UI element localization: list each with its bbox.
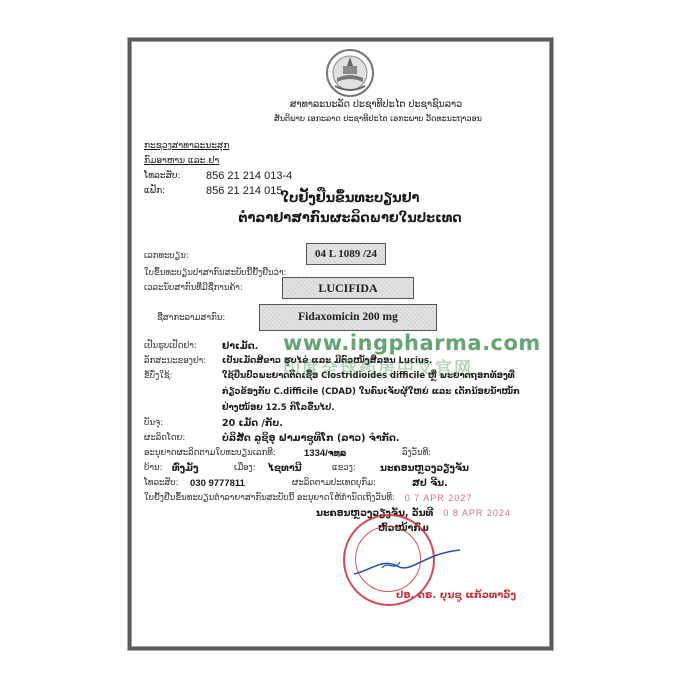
validity-row: ໃບຢັ້ງຢືນຂຶ້ນທະບຽນຕຳລາຍາສາກົນສະບັບນີ້ ອະ… <box>144 493 544 503</box>
origin-label: ຜະລິດຕາມປະເທດບຸກົມ: <box>292 478 412 489</box>
description-label: ລັກສະນະຂອງຢາ: <box>144 356 222 366</box>
license-number: 1334/ຈທລ <box>304 448 402 459</box>
generic-name-label: ຊື່ສາກະລາມສາກົນ: <box>157 313 225 323</box>
ministry-block: ກະຊວງສາທາລະນະສຸກ ກົມອາຫານ ແລະ ຢາ ໂທລະສັບ… <box>144 139 292 199</box>
address-row: ບ້ານ: ທົ່ງມັງ ເມືອງ: ໄຊທານີ ແຂວງ: ນະຄອນຫ… <box>144 463 544 474</box>
detail-row-manufacturer: ຜະລິດໂດຍ: ບໍລິສັດ ລູຊິອຸ ຟາມາຊູທິໂກ (ລາວ… <box>144 433 544 444</box>
registration-number-label: ເລກທະບຽນ: <box>144 251 189 261</box>
certify-statement: ໃບຂຶ້ນທະບຽນປາສາກົນສະບັບນີ້ຢັ້ງຢືນວ່າ: <box>144 268 286 278</box>
village-label: ບ້ານ: <box>144 463 172 474</box>
signature-icon <box>352 548 462 578</box>
manufacturer: ບໍລິສັດ ລູຊິອຸ ຟາມາຊູທິໂກ (ລາວ) ຈຳກັດ. <box>222 433 399 444</box>
origin-country: ສປ ຈີນ. <box>412 478 448 489</box>
indication-label: ຂໍ້ບົ່ງໃຊ້: <box>144 368 222 416</box>
national-motto: ສັນຕິພາບ ເອກະລາດ ປະຊາທິປະໄຕ ເອກະພາບ ວັດທ… <box>0 114 700 123</box>
brand-name-label: ເວລະນັບສາກົນທີ່ມີຊື່ການຄ້າ: <box>144 283 243 293</box>
dosage-form: ຢາເມັດ. <box>222 341 258 352</box>
province-label: ແຂວງ: <box>332 463 380 474</box>
ministry-phone: 856 21 214 013-4 <box>206 169 292 184</box>
contact-phone: 030 9777811 <box>190 478 292 489</box>
district-label: ເມືອງ: <box>234 463 268 474</box>
license-row: ອະນຸຍາດຜະລິດຕາມໃບທະບຽນເລກທີ: 1334/ຈທລ ລົ… <box>144 448 544 459</box>
expiry-date: 0 7 APR 2027 <box>405 493 473 503</box>
department-name: ກົມອາຫານ ແລະ ຢາ <box>144 154 292 169</box>
district: ໄຊທານີ <box>268 463 332 474</box>
village: ທົ່ງມັງ <box>172 463 234 474</box>
country-name: ສາທາລະນະລັດ ປະຊາທິປະໄຕ ປະຊາຊົນລາວ <box>0 99 700 110</box>
watermark-chinese: 印度全球药房中文官网 <box>283 354 473 379</box>
packaging-label: ບັນຈຸ: <box>144 418 222 429</box>
ministry-phone-label: ໂທລະສັບ: <box>144 169 206 184</box>
issue-place-date: ນະຄອນຫຼວງວຽງຈັນ, ວັນທີ 0 8 APR 2024 <box>316 508 546 519</box>
license-label: ອະນຸຍາດຜະລິດຕາມໃບທະບຽນເລກທີ: <box>144 448 304 459</box>
validity-label: ໃບຢັ້ງຢືນຂຶ້ນທະບຽນຕຳລາຍາສາກົນສະບັບນີ້ ອະ… <box>144 493 395 503</box>
packaging: 20 ເມັດ /ກັບ. <box>222 418 283 429</box>
watermark-url: www.ingpharma.com <box>283 331 541 355</box>
brand-name: LUCIFIDA <box>282 277 414 299</box>
license-date-label: ລົງວັນທີ: <box>402 448 431 459</box>
registration-number: 04 L 1089 /24 <box>306 243 386 265</box>
dosage-form-label: ເປັນຮູບເປັດຢາ: <box>144 341 222 352</box>
issue-date: 0 8 APR 2024 <box>443 508 511 519</box>
signer-name: ປອ. ດຣ. ບຸນຊູ ແກ້ວທາວົງ <box>396 590 516 601</box>
generic-name: Fidaxomicin 200 mg <box>259 304 437 331</box>
lao-national-emblem-icon <box>319 48 381 98</box>
contact-row: ໂທລະສັບ: 030 9777811 ຜະລິດຕາມປະເທດບຸກົມ:… <box>144 478 544 489</box>
ministry-name: ກະຊວງສາທາລະນະສຸກ <box>144 139 292 154</box>
contact-phone-label: ໂທລະສັບ: <box>144 478 190 489</box>
detail-row-packaging: ບັນຈຸ: 20 ເມັດ /ກັບ. <box>144 418 544 429</box>
certificate-subtitle: ຕຳລາຢາສາກົນຜະລິດພາຍໃນປະເທດ <box>0 211 700 226</box>
manufacturer-label: ຜະລິດໂດຍ: <box>144 433 222 444</box>
province: ນະຄອນຫຼວງວຽງຈັນ <box>380 463 469 474</box>
certificate-title: ໃບຢັ້ງຢືນຂຶ້ນທະບຽນຢາ <box>0 191 700 206</box>
